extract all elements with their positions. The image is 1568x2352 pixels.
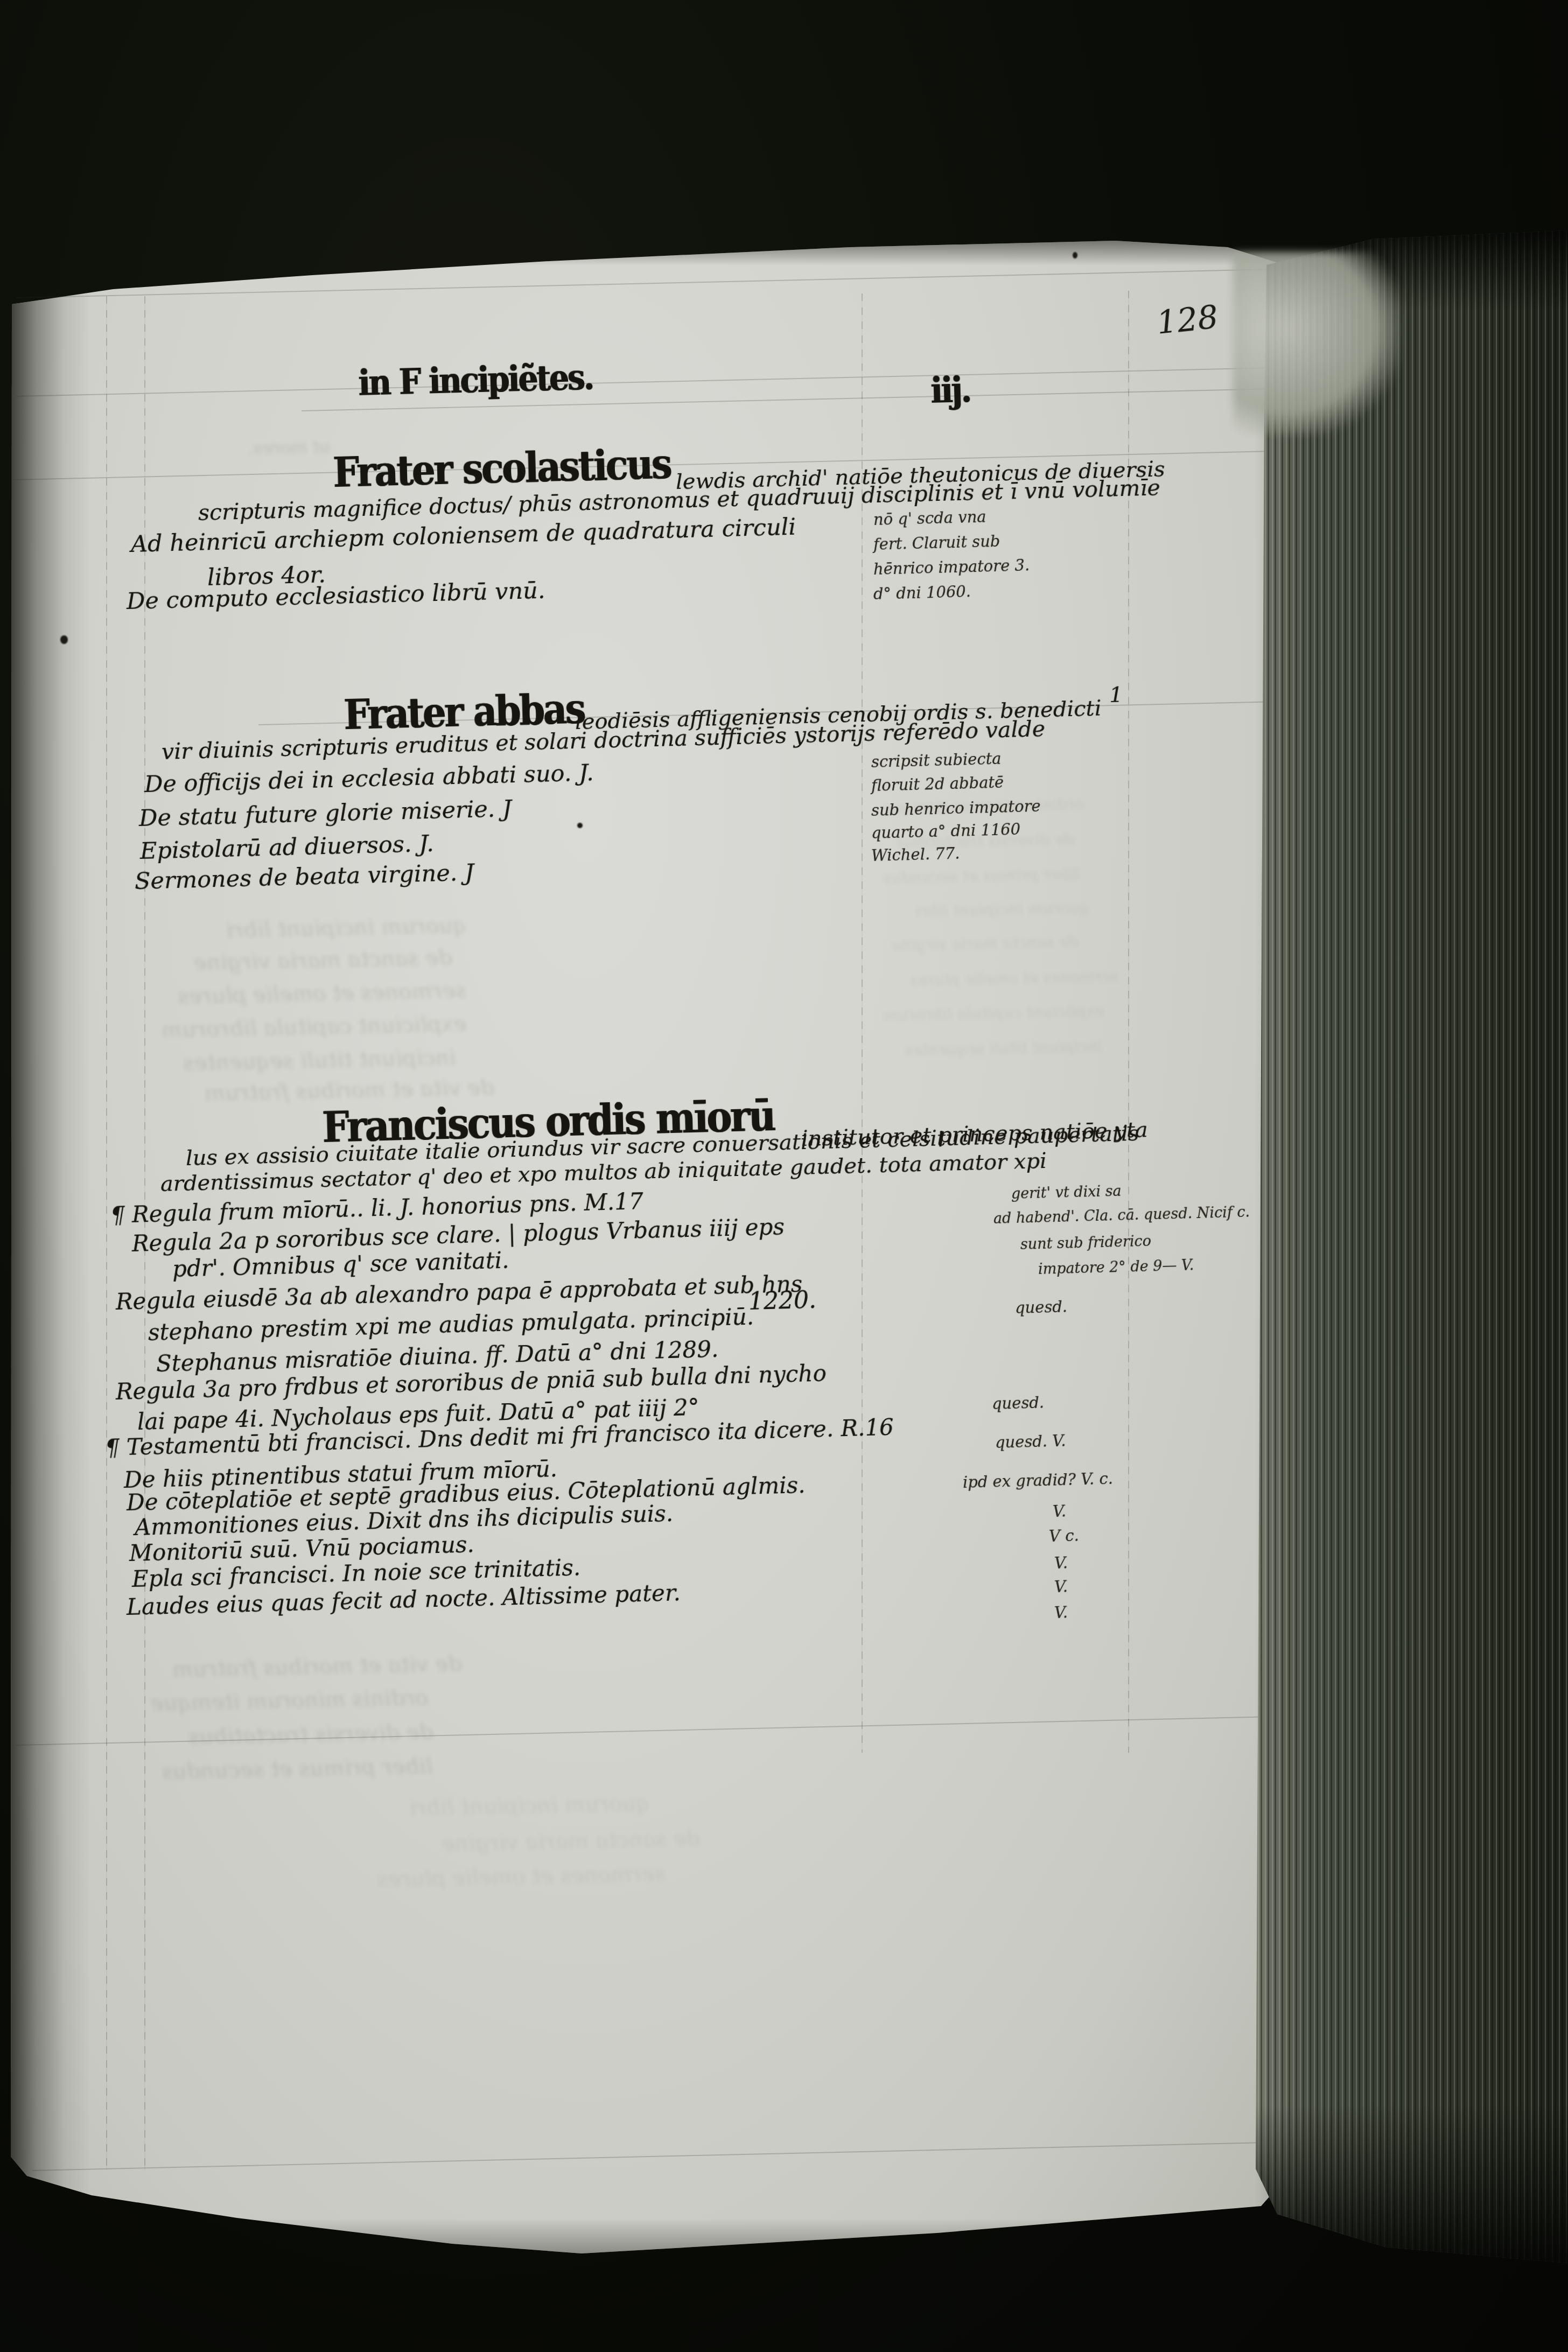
margin-note: V. xyxy=(1054,1553,1068,1572)
ruling-line-vertical xyxy=(862,293,863,1753)
bleed-through-text: quorum incipiunt libri xyxy=(226,913,467,942)
book-fore-edge xyxy=(1244,230,1568,2263)
margin-note: quarto a° dni 1160 xyxy=(871,820,1021,842)
ruling-line-vertical xyxy=(1128,291,1129,1753)
margin-note: sunt sub friderico xyxy=(1020,1233,1152,1253)
margin-note: d° dni 1060. xyxy=(873,582,971,603)
ink-speck xyxy=(60,635,68,644)
margin-note: V. xyxy=(1054,1577,1068,1596)
photo-backdrop: ut mores. quorum incipiunt libri de sanc… xyxy=(0,0,1568,2352)
margin-note: 1220. xyxy=(748,1286,816,1315)
folio-number: 128 xyxy=(1155,298,1220,342)
margin-note: quesd. V. xyxy=(995,1432,1066,1452)
ink-speck xyxy=(577,823,583,828)
page-corner-curl xyxy=(1233,252,1400,435)
margin-note: quesd. xyxy=(992,1393,1045,1413)
margin-note: nō q' scda vna xyxy=(873,508,986,529)
bleed-through-text: de diversis tractatibus xyxy=(188,1719,433,1749)
margin-note: gerit' vt dixi sa xyxy=(1011,1183,1122,1202)
margin-note: quesd. xyxy=(1015,1297,1068,1317)
header-right: iij. xyxy=(930,369,970,411)
bleed-through-text: ut mores. xyxy=(248,436,331,458)
margin-note: V c. xyxy=(1049,1527,1079,1545)
margin-note: floruit 2d abbatē xyxy=(871,773,1004,795)
margin-note: scripsit subiecta xyxy=(871,750,1002,771)
stray-mark: 1 xyxy=(1109,682,1123,708)
margin-note: V. xyxy=(1054,1603,1068,1622)
header-left: in F incipiẽtes. xyxy=(358,357,593,404)
bleed-through-text: quorum incipiunt libri xyxy=(915,899,1090,921)
bleed-through-text: de sancta maria virgine xyxy=(891,932,1079,954)
margin-note: fert. Claruit sub xyxy=(873,532,1000,554)
bleed-through-text: quorum incipiunt libri xyxy=(409,1790,650,1820)
ruling-line-vertical xyxy=(106,296,107,2170)
margin-note: V. xyxy=(1053,1502,1067,1521)
margin-note: Wichel. 77. xyxy=(871,844,960,865)
ink-speck xyxy=(1073,252,1077,258)
